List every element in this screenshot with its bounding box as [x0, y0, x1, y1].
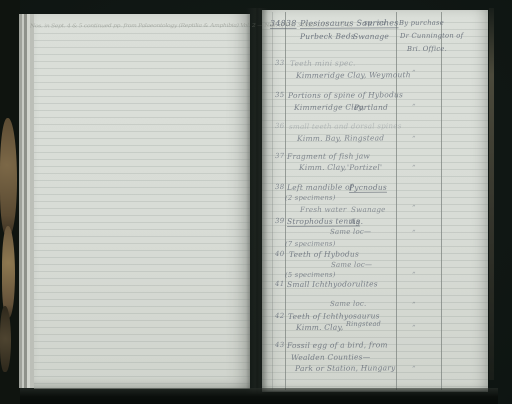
book-fore-edge	[0, 0, 20, 404]
column-rule-margin	[285, 12, 286, 390]
book-gutter-shadow	[246, 8, 268, 394]
marbled-edge-blob	[0, 306, 11, 372]
column-rule-number-left	[272, 12, 273, 390]
marbled-edge-blob	[0, 118, 17, 236]
photo-of-open-register-book: 34838Plesiosaurus Saurichessp, suPurbeck…	[0, 0, 512, 404]
marbled-edge-blob	[2, 226, 15, 318]
left-page-blank	[34, 14, 250, 389]
right-page-register	[262, 10, 488, 392]
column-rule-acquisition	[396, 12, 397, 390]
column-rule-right	[441, 12, 442, 390]
page-stack-edge	[30, 14, 34, 388]
book-cover-edge-right	[489, 8, 494, 380]
book-bottom-shadow	[20, 388, 498, 404]
